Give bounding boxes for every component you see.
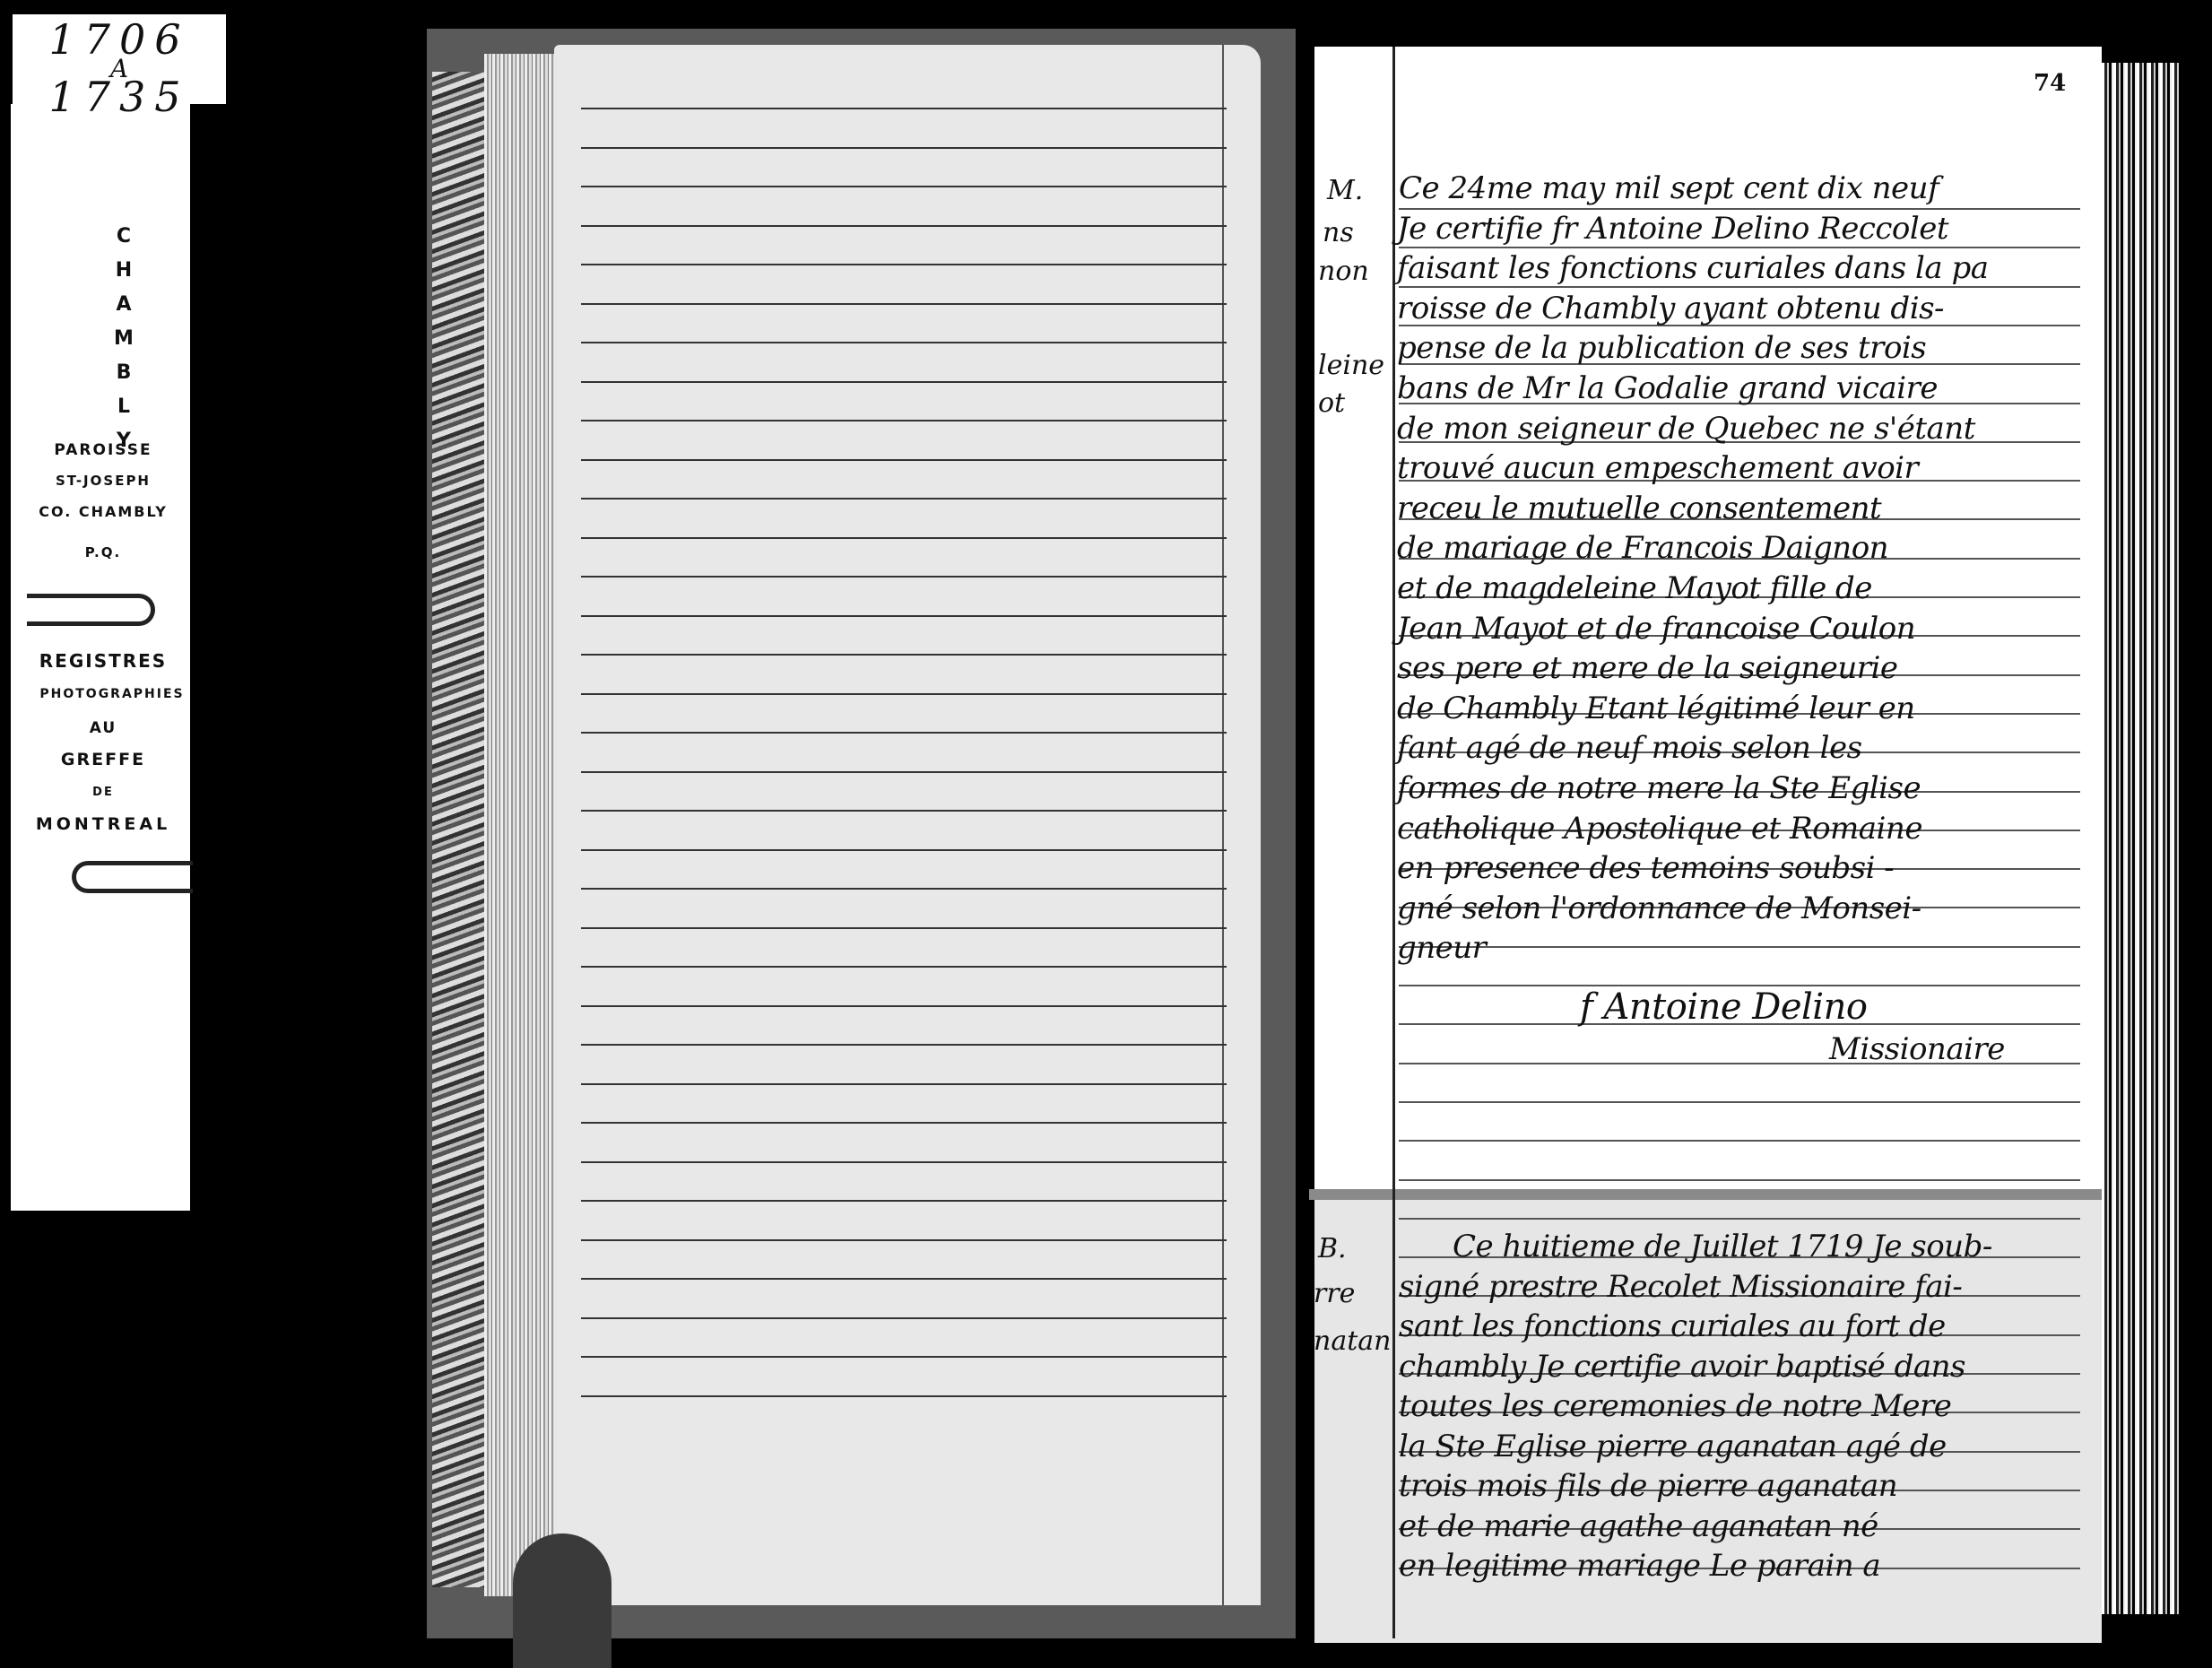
margin-note: leine	[1318, 350, 1384, 381]
archive-line: MONTREAL	[18, 814, 188, 834]
ruled-line	[581, 1044, 1227, 1046]
margin-note: non	[1318, 256, 1369, 287]
archive-line: PHOTOGRAPHIES	[27, 687, 197, 701]
ruled-line	[581, 810, 1227, 812]
margin-note: natan	[1314, 1325, 1391, 1357]
place-letter: L	[97, 390, 151, 424]
handwritten-line: roisse de Chambly ayant obtenu dis-	[1397, 291, 1944, 326]
parish-line: CO. CHAMBLY	[18, 503, 188, 520]
page-margin-line	[1392, 47, 1395, 1638]
handwritten-line: fant agé de neuf mois selon les	[1397, 730, 1862, 766]
ruled-line	[581, 615, 1227, 617]
handwritten-line: signé prestre Recolet Missionaire fai-	[1399, 1269, 1962, 1305]
ruled-line	[1399, 1218, 2080, 1220]
handwritten-line: de Chambly Etant légitimé leur en	[1397, 691, 1915, 726]
paperclip-icon	[72, 861, 193, 893]
handwritten-line: catholique Apostolique et Romaine	[1397, 811, 1922, 847]
ruled-line	[581, 888, 1227, 890]
handwritten-line: receu le mutuelle consentement	[1397, 491, 1881, 526]
margin-note: rre	[1314, 1278, 1355, 1309]
ruled-line	[581, 186, 1227, 187]
ruled-line	[581, 1395, 1227, 1397]
handwritten-line: gneur	[1397, 930, 1486, 966]
ruled-line	[581, 1161, 1227, 1163]
archive-line: GREFFE	[18, 750, 188, 769]
ruled-line	[581, 1083, 1227, 1085]
thumb-shadow	[513, 1533, 612, 1668]
ruled-line	[581, 264, 1227, 265]
handwritten-line: ses pere et mere de la seigneurie	[1397, 650, 1898, 686]
ruled-line	[581, 576, 1227, 578]
place-letter: B	[97, 356, 151, 390]
place-letter: M	[97, 322, 151, 356]
ruled-line	[581, 225, 1227, 227]
archive-line: REGISTRES	[18, 650, 188, 672]
margin-note: ns	[1323, 217, 1354, 248]
page-number: 74	[2034, 70, 2066, 97]
handwritten-line: et de marie agathe aganatan né	[1399, 1508, 1878, 1544]
handwritten-line: et de magdeleine Mayot fille de	[1397, 570, 1872, 606]
ruled-line	[581, 693, 1227, 695]
ruled-line	[581, 966, 1227, 968]
highlight-overlay-border	[1309, 1189, 2103, 1200]
handwritten-line: chambly Je certifie avoir baptisé dans	[1399, 1349, 1965, 1385]
year-range: 1706 A 1735	[13, 14, 226, 115]
ruled-line	[581, 1317, 1227, 1319]
ruled-line	[581, 342, 1227, 343]
blank-ruled-page	[554, 45, 1261, 1605]
handwritten-line: Jean Mayot et de francoise Coulon	[1397, 611, 1915, 647]
margin-note: M.	[1327, 175, 1363, 206]
ruled-line	[1399, 1101, 2080, 1103]
handwritten-line: sant les fonctions curiales au fort de	[1399, 1308, 1946, 1344]
ruled-line	[581, 1200, 1227, 1202]
ruled-line	[1399, 1179, 2080, 1181]
handwritten-line: en presence des temoins soubsi -	[1397, 850, 1894, 886]
handwritten-line: Je certifie fr Antoine Delino Reccolet	[1397, 211, 1948, 247]
ruled-line	[581, 381, 1227, 383]
place-letter: C	[97, 220, 151, 254]
ruled-line	[1399, 1140, 2080, 1142]
archive-line: AU	[18, 719, 188, 737]
ruled-line	[581, 537, 1227, 539]
ruled-line	[581, 732, 1227, 734]
ruled-line	[581, 1278, 1227, 1280]
ruled-line	[581, 147, 1227, 149]
handwritten-line: bans de Mr la Godalie grand vicaire	[1397, 370, 1938, 406]
place-name-vertical: C H A M B L Y	[97, 220, 151, 458]
handwritten-line: de mariage de Francois Daignon	[1397, 530, 1888, 566]
handwritten-line: Ce huitieme de Juillet 1719 Je soub-	[1453, 1229, 1992, 1264]
handwritten-line: trouvé aucun empeschement avoir	[1397, 450, 1918, 486]
ruled-line	[1399, 946, 2080, 948]
handwritten-line: formes de notre mere la Ste Eglise	[1397, 770, 1921, 806]
ruled-line	[581, 459, 1227, 461]
handwritten-line: toutes les ceremonies de notre Mere	[1399, 1388, 1951, 1424]
archive-line: DE	[18, 786, 188, 799]
ruled-line	[581, 771, 1227, 773]
ruled-line	[581, 420, 1227, 421]
handwritten-line: gné selon l'ordonnance de Monsei-	[1397, 890, 1921, 926]
ruled-line	[581, 849, 1227, 851]
year-end: 1735	[13, 79, 226, 115]
ruled-line	[581, 498, 1227, 500]
place-letter: H	[97, 254, 151, 288]
ruled-line	[581, 1239, 1227, 1241]
margin-note: ot	[1318, 387, 1345, 419]
handwritten-line: pense de la publication de ses trois	[1397, 330, 1926, 366]
page-edges	[484, 54, 556, 1596]
signature-title: Missionaire	[1829, 1031, 2005, 1067]
handwritten-line: de mon seigneur de Quebec ne s'étant	[1397, 411, 1975, 447]
ruled-line	[581, 1122, 1227, 1124]
margin-line	[1222, 45, 1224, 1605]
parish-line: ST-JOSEPH	[18, 473, 188, 489]
handwritten-line: trois mois fils de pierre aganatan	[1399, 1468, 1897, 1504]
page-edges-right	[2102, 63, 2181, 1614]
ruled-line	[581, 303, 1227, 305]
ruled-line	[1399, 247, 2080, 248]
handwritten-line: en legitime mariage Le parain a	[1399, 1548, 1880, 1584]
ruled-line	[581, 654, 1227, 656]
ruled-line	[581, 1356, 1227, 1358]
ruled-line	[581, 927, 1227, 929]
marbled-binding	[432, 72, 484, 1587]
ruled-line	[581, 108, 1227, 109]
handwritten-line: Ce 24me may mil sept cent dix neuf	[1399, 170, 1939, 206]
place-letter: A	[97, 288, 151, 322]
paperclip-icon	[27, 594, 155, 626]
ruled-line	[581, 1005, 1227, 1007]
handwritten-line: faisant les fonctions curiales dans la p…	[1397, 250, 1988, 286]
margin-note: B.	[1318, 1233, 1347, 1264]
parish-line: PAROISSE	[18, 441, 188, 459]
signature: f Antoine Delino	[1580, 986, 1867, 1028]
handwritten-line: la Ste Eglise pierre aganatan agé de	[1399, 1429, 1947, 1464]
parish-line: P.Q.	[18, 544, 188, 560]
